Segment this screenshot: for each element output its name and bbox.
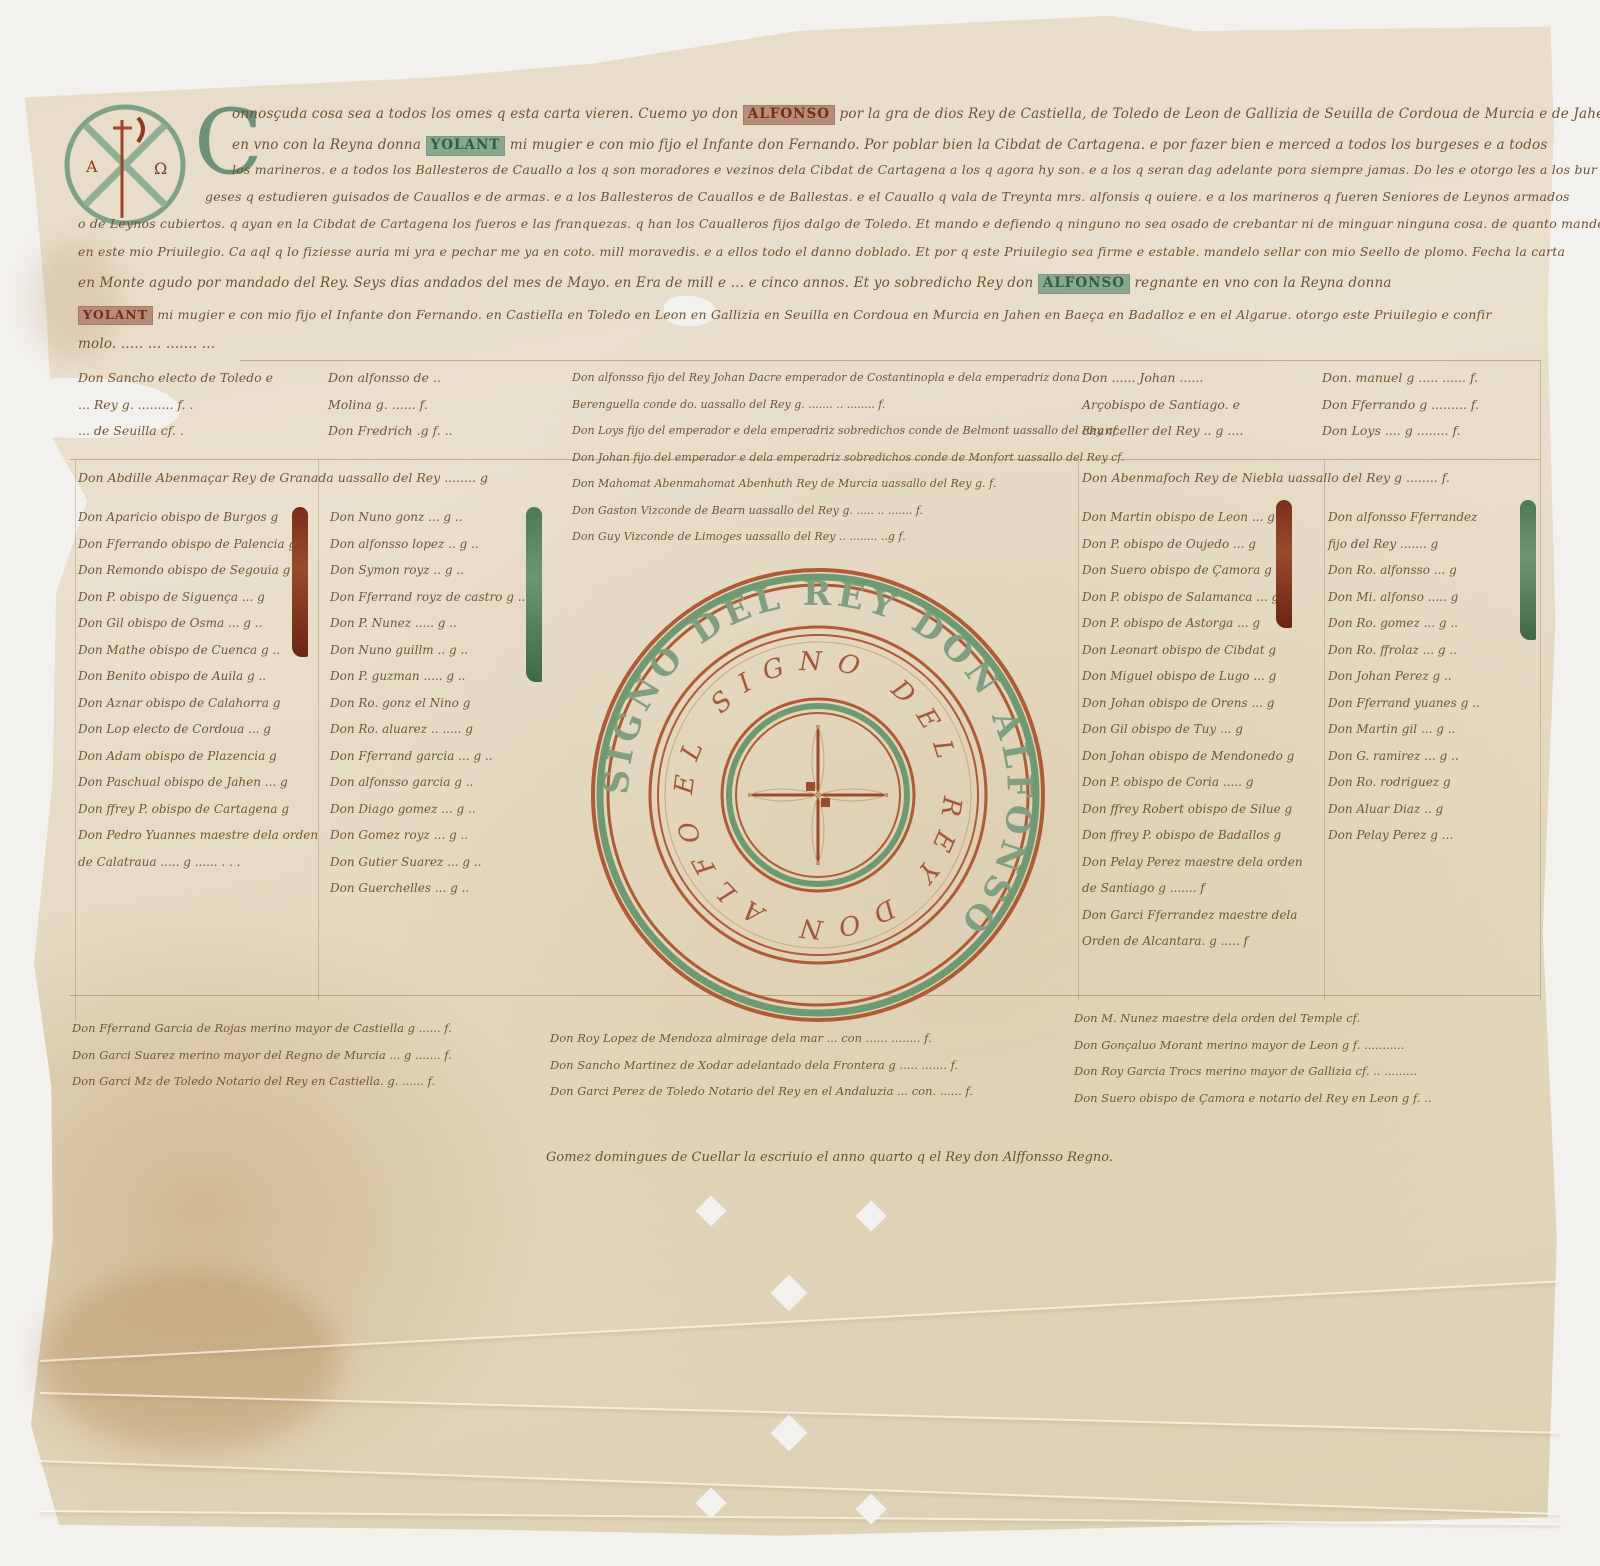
column-rule	[318, 460, 319, 1000]
water-stain	[40, 1270, 340, 1450]
confirmer-row: de Calatraua ..... g ...... . . .	[78, 849, 318, 876]
svg-text:A: A	[85, 157, 98, 176]
body-line: los marineros. e a todos los Ballesteros…	[232, 164, 1597, 177]
confirmer-row: Don Loys .... g ........ f.	[1322, 418, 1479, 445]
confirmer-row: Don Gomez royz ... g ..	[330, 822, 525, 849]
confirmer-row: Don ...... Johan ......	[1082, 365, 1243, 392]
confirmer-row: Don Fferrand royz de castro g ..	[330, 584, 525, 611]
confirmer-row: Don Ro. ffrolaz ... g ..	[1328, 637, 1480, 664]
confirmer-row: Don Fferrand Garcia de Rojas merino mayo…	[72, 1015, 452, 1042]
confirmer-row: Don Nuno gonz ... g ..	[330, 504, 525, 531]
body-line: YOLANT mi mugier e con mio fijo el Infan…	[78, 306, 1492, 325]
column-rule	[1540, 360, 1541, 1000]
body-line: en vno con la Reyna donna YOLANT mi mugi…	[232, 136, 1548, 156]
confirmer-row: Don Martin obispo de Leon ... g	[1082, 504, 1303, 531]
confirmer-row: Don Garci Mz de Toledo Notario del Rey e…	[72, 1068, 452, 1095]
confirmer-row: Don alfonsso garcia g ..	[330, 769, 525, 796]
confirmer-row: Don Roy Garcia Trocs merino mayor de Gal…	[1074, 1058, 1431, 1085]
confirmer-row: Don alfonsso lopez .. g ..	[330, 531, 525, 558]
confirmer-row: Don ffrey Robert obispo de Silue g	[1082, 796, 1303, 823]
confirmer-row: Don Sancho Martinez de Xodar adelantado …	[550, 1052, 973, 1079]
body-line: o de Leynos cubiertos. q ayan en la Cibd…	[78, 218, 1600, 231]
confirmer-row: fijo del Rey ....... g	[1328, 531, 1480, 558]
confirmer-row: Don alfonsso de ..	[328, 365, 453, 392]
confirmer-row: Don Lop electo de Cordoua ... g	[78, 716, 318, 743]
confirmer-row: Don Pedro Yuannes maestre dela orden	[78, 822, 318, 849]
confirmer-row: Don Gutier Suarez ... g ..	[330, 849, 525, 876]
confirmer-row: Don G. ramirez ... g ..	[1328, 743, 1480, 770]
confirmer-row: Don Adam obispo de Plazencia g	[78, 743, 318, 770]
confirmer-row: Don Guy Vizconde de Limoges uassallo del…	[572, 524, 1125, 551]
confirmer-row: Don Aparicio obispo de Burgos g	[78, 504, 318, 531]
confirmer-row: Don Remondo obispo de Segouia g	[78, 557, 318, 584]
body-line: onnosçuda cosa sea a todos los omes q es…	[232, 105, 1600, 125]
confirmer-row: Don Suero obispo de Çamora e notario del…	[1074, 1085, 1431, 1112]
confirmers-left-header: Don Abdille Abenmaçar Rey de Granada uas…	[78, 470, 488, 485]
confirmers-top-col2: Don alfonsso de .. Molina g. ...... f. D…	[328, 365, 453, 445]
confirmer-row: de Santiago g ....... f	[1082, 875, 1303, 902]
confirmer-row: Don Aluar Diaz .. g	[1328, 796, 1480, 823]
confirmer-row: Don Leonart obispo de Cibdat g	[1082, 637, 1303, 664]
confirmer-row: Don Garci Suarez merino mayor del Regno …	[72, 1042, 452, 1069]
confirmer-row: Don Pelay Perez maestre dela orden	[1082, 849, 1303, 876]
confirmers-top-col1: Don Sancho electo de Toledo e ... Rey g.…	[78, 365, 273, 445]
confirmer-row: Don Gil obispo de Osma ... g ..	[78, 610, 318, 637]
red-banner-flourish	[1276, 500, 1292, 628]
confirmer-row: Molina g. ...... f.	[328, 392, 453, 419]
confirmer-row: Don Gil obispo de Tuy ... g	[1082, 716, 1303, 743]
confirmer-row: Don alfonsso Fferrandez	[1328, 504, 1480, 531]
confirmer-row: ... Rey g. ......... f. .	[78, 392, 273, 419]
confirmer-row: Don. manuel g ..... ...... f.	[1322, 365, 1479, 392]
confirmer-row: Don P. Nunez ..... g ..	[330, 610, 525, 637]
confirmer-row: Berenguella conde do. uassallo del Rey g…	[572, 392, 1125, 419]
confirmer-row: Don Ro. gomez ... g ..	[1328, 610, 1480, 637]
confirmer-row: Don Roy Lopez de Mendoza almirage dela m…	[550, 1025, 973, 1052]
confirmer-row: Orden de Alcantara. g ..... f	[1082, 928, 1303, 955]
confirmer-row: ... de Seuilla cf. .	[78, 418, 273, 445]
body-line: molo. ..... ... ....... ...	[78, 338, 215, 352]
scribe-subscription: Gomez domingues de Cuellar la escriuio e…	[546, 1150, 1113, 1165]
confirmer-row: Don Garci Fferrandez maestre dela	[1082, 902, 1303, 929]
red-banner-flourish	[292, 507, 308, 657]
confirmers-bottom-left: Don Fferrand Garcia de Rojas merino mayo…	[72, 1015, 452, 1095]
confirmer-row: Don Pelay Perez g ...	[1328, 822, 1480, 849]
confirmer-row: Don Benito obispo de Auila g ..	[78, 663, 318, 690]
queen-name-rubric: YOLANT	[78, 306, 153, 325]
confirmer-row: Don Symon royz .. g ..	[330, 557, 525, 584]
confirmer-row: Don M. Nunez maestre dela orden del Temp…	[1074, 1005, 1431, 1032]
confirmer-row: Don Paschual obispo de Jahen ... g	[78, 769, 318, 796]
confirmers-right-col2: Don alfonsso Fferrandez fijo del Rey ...…	[1328, 504, 1480, 849]
confirmer-row: Don Ro. gonz el Nino g	[330, 690, 525, 717]
confirmer-row: Don Nuno guillm .. g ..	[330, 637, 525, 664]
chi-rho-cross-icon: A Ω	[60, 100, 190, 230]
confirmer-row: Don Fferrando g ......... f.	[1322, 392, 1479, 419]
confirmer-row: Don Fferrando obispo de Palencia g	[78, 531, 318, 558]
body-line: geses q estudieren guisados de Cauallos …	[205, 191, 1570, 204]
confirmer-row: Don Fredrich .g f. ..	[328, 418, 453, 445]
confirmer-row: Don Garci Perez de Toledo Notario del Re…	[550, 1078, 973, 1105]
confirmer-row: Don Mi. alfonso ..... g	[1328, 584, 1480, 611]
svg-text:Ω: Ω	[154, 159, 167, 178]
confirmers-right-col1: Don Martin obispo de Leon ... g Don P. o…	[1082, 504, 1303, 955]
royal-name-rubric: ALFONSO	[743, 105, 835, 125]
body-line: en este mio Priuilegio. Ca aql q lo fizi…	[78, 246, 1565, 259]
confirmer-row: Don alfonsso fijo del Rey Johan Dacre em…	[572, 365, 1125, 392]
confirmers-top-col5: Don. manuel g ..... ...... f. Don Fferra…	[1322, 365, 1479, 445]
confirmer-row: Don Mahomat Abenmahomat Abenhuth Rey de …	[572, 471, 1125, 498]
confirmer-row: Don Sancho electo de Toledo e	[78, 365, 273, 392]
confirmer-row: Don Fferrand garcia ... g ..	[330, 743, 525, 770]
confirmer-row: Don Johan obispo de Mendonedo g	[1082, 743, 1303, 770]
confirmers-top-col3: Don alfonsso fijo del Rey Johan Dacre em…	[572, 365, 1125, 551]
ruled-line	[240, 360, 1540, 361]
confirmer-row: Don Martin gil ... g ..	[1328, 716, 1480, 743]
confirmer-row: Don Suero obispo de Çamora g	[1082, 557, 1303, 584]
confirmer-row: Don Gonçaluo Morant merino mayor de Leon…	[1074, 1032, 1431, 1059]
confirmer-row: Don Guerchelles ... g ..	[330, 875, 525, 902]
green-banner-flourish	[526, 507, 542, 682]
confirmer-row: Don Fferrand yuanes g ..	[1328, 690, 1480, 717]
column-rule	[1324, 460, 1325, 1000]
confirmers-left-col1: Don Aparicio obispo de Burgos g Don Ffer…	[78, 504, 318, 875]
body-line: en Monte agudo por mandado del Rey. Seys…	[78, 274, 1392, 294]
queen-name-rubric: YOLANT	[426, 136, 506, 156]
royal-name-rubric: ALFONSO	[1038, 274, 1130, 294]
confirmer-row: Don Diago gomez ... g ..	[330, 796, 525, 823]
confirmer-row: Don Johan fijo del emperador e dela empe…	[572, 445, 1125, 472]
confirmer-row: Don Mathe obispo de Cuenca g ..	[78, 637, 318, 664]
confirmers-top-col4: Don ...... Johan ...... Arçobispo de San…	[1082, 365, 1243, 445]
confirmer-row: Don Johan Perez g ..	[1328, 663, 1480, 690]
confirmer-row: Don P. obispo de Siguença ... g	[78, 584, 318, 611]
confirmers-right-header: Don Abenmafoch Rey de Niebla uassallo de…	[1082, 470, 1450, 485]
confirmer-row: Don Loys fijo del emperador e dela emper…	[572, 418, 1125, 445]
cross-icon	[748, 725, 888, 865]
confirmer-row: Don Aznar obispo de Calahorra g	[78, 690, 318, 717]
confirmer-row: Don Gaston Vizconde de Bearn uassallo de…	[572, 498, 1125, 525]
confirmer-row: Don Ro. alfonsso ... g	[1328, 557, 1480, 584]
confirmer-row: Don P. obispo de Coria ..... g	[1082, 769, 1303, 796]
confirmer-row: Don P. obispo de Astorga ... g	[1082, 610, 1303, 637]
confirmers-bottom-center: Don Roy Lopez de Mendoza almirage dela m…	[550, 1025, 973, 1105]
confirmer-row: chanceller del Rey .. g ....	[1082, 418, 1243, 445]
confirmer-row: Arçobispo de Santiago. e	[1082, 392, 1243, 419]
confirmers-left-col2: Don Nuno gonz ... g .. Don alfonsso lope…	[330, 504, 525, 902]
confirmer-row: Don P. obispo de Oujedo ... g	[1082, 531, 1303, 558]
confirmer-row: Don Ro. rodriguez g	[1328, 769, 1480, 796]
confirmer-row: Don ffrey P. obispo de Cartagena g	[78, 796, 318, 823]
confirmer-row: Don ffrey P. obispo de Badallos g	[1082, 822, 1303, 849]
column-rule	[75, 460, 76, 1020]
green-banner-flourish	[1520, 500, 1536, 640]
royal-rota-wheel: SIGNO DEL REY DON ALFONSO EL SIGNO DEL R…	[588, 565, 1048, 1025]
confirmers-bottom-right: Don M. Nunez maestre dela orden del Temp…	[1074, 1005, 1431, 1111]
confirmer-row: Don Johan obispo de Orens ... g	[1082, 690, 1303, 717]
confirmer-row: Don P. obispo de Salamanca ... g	[1082, 584, 1303, 611]
confirmer-row: Don Miguel obispo de Lugo ... g	[1082, 663, 1303, 690]
confirmer-row: Don P. guzman ..... g ..	[330, 663, 525, 690]
confirmer-row: Don Ro. aluarez .. ..... g	[330, 716, 525, 743]
